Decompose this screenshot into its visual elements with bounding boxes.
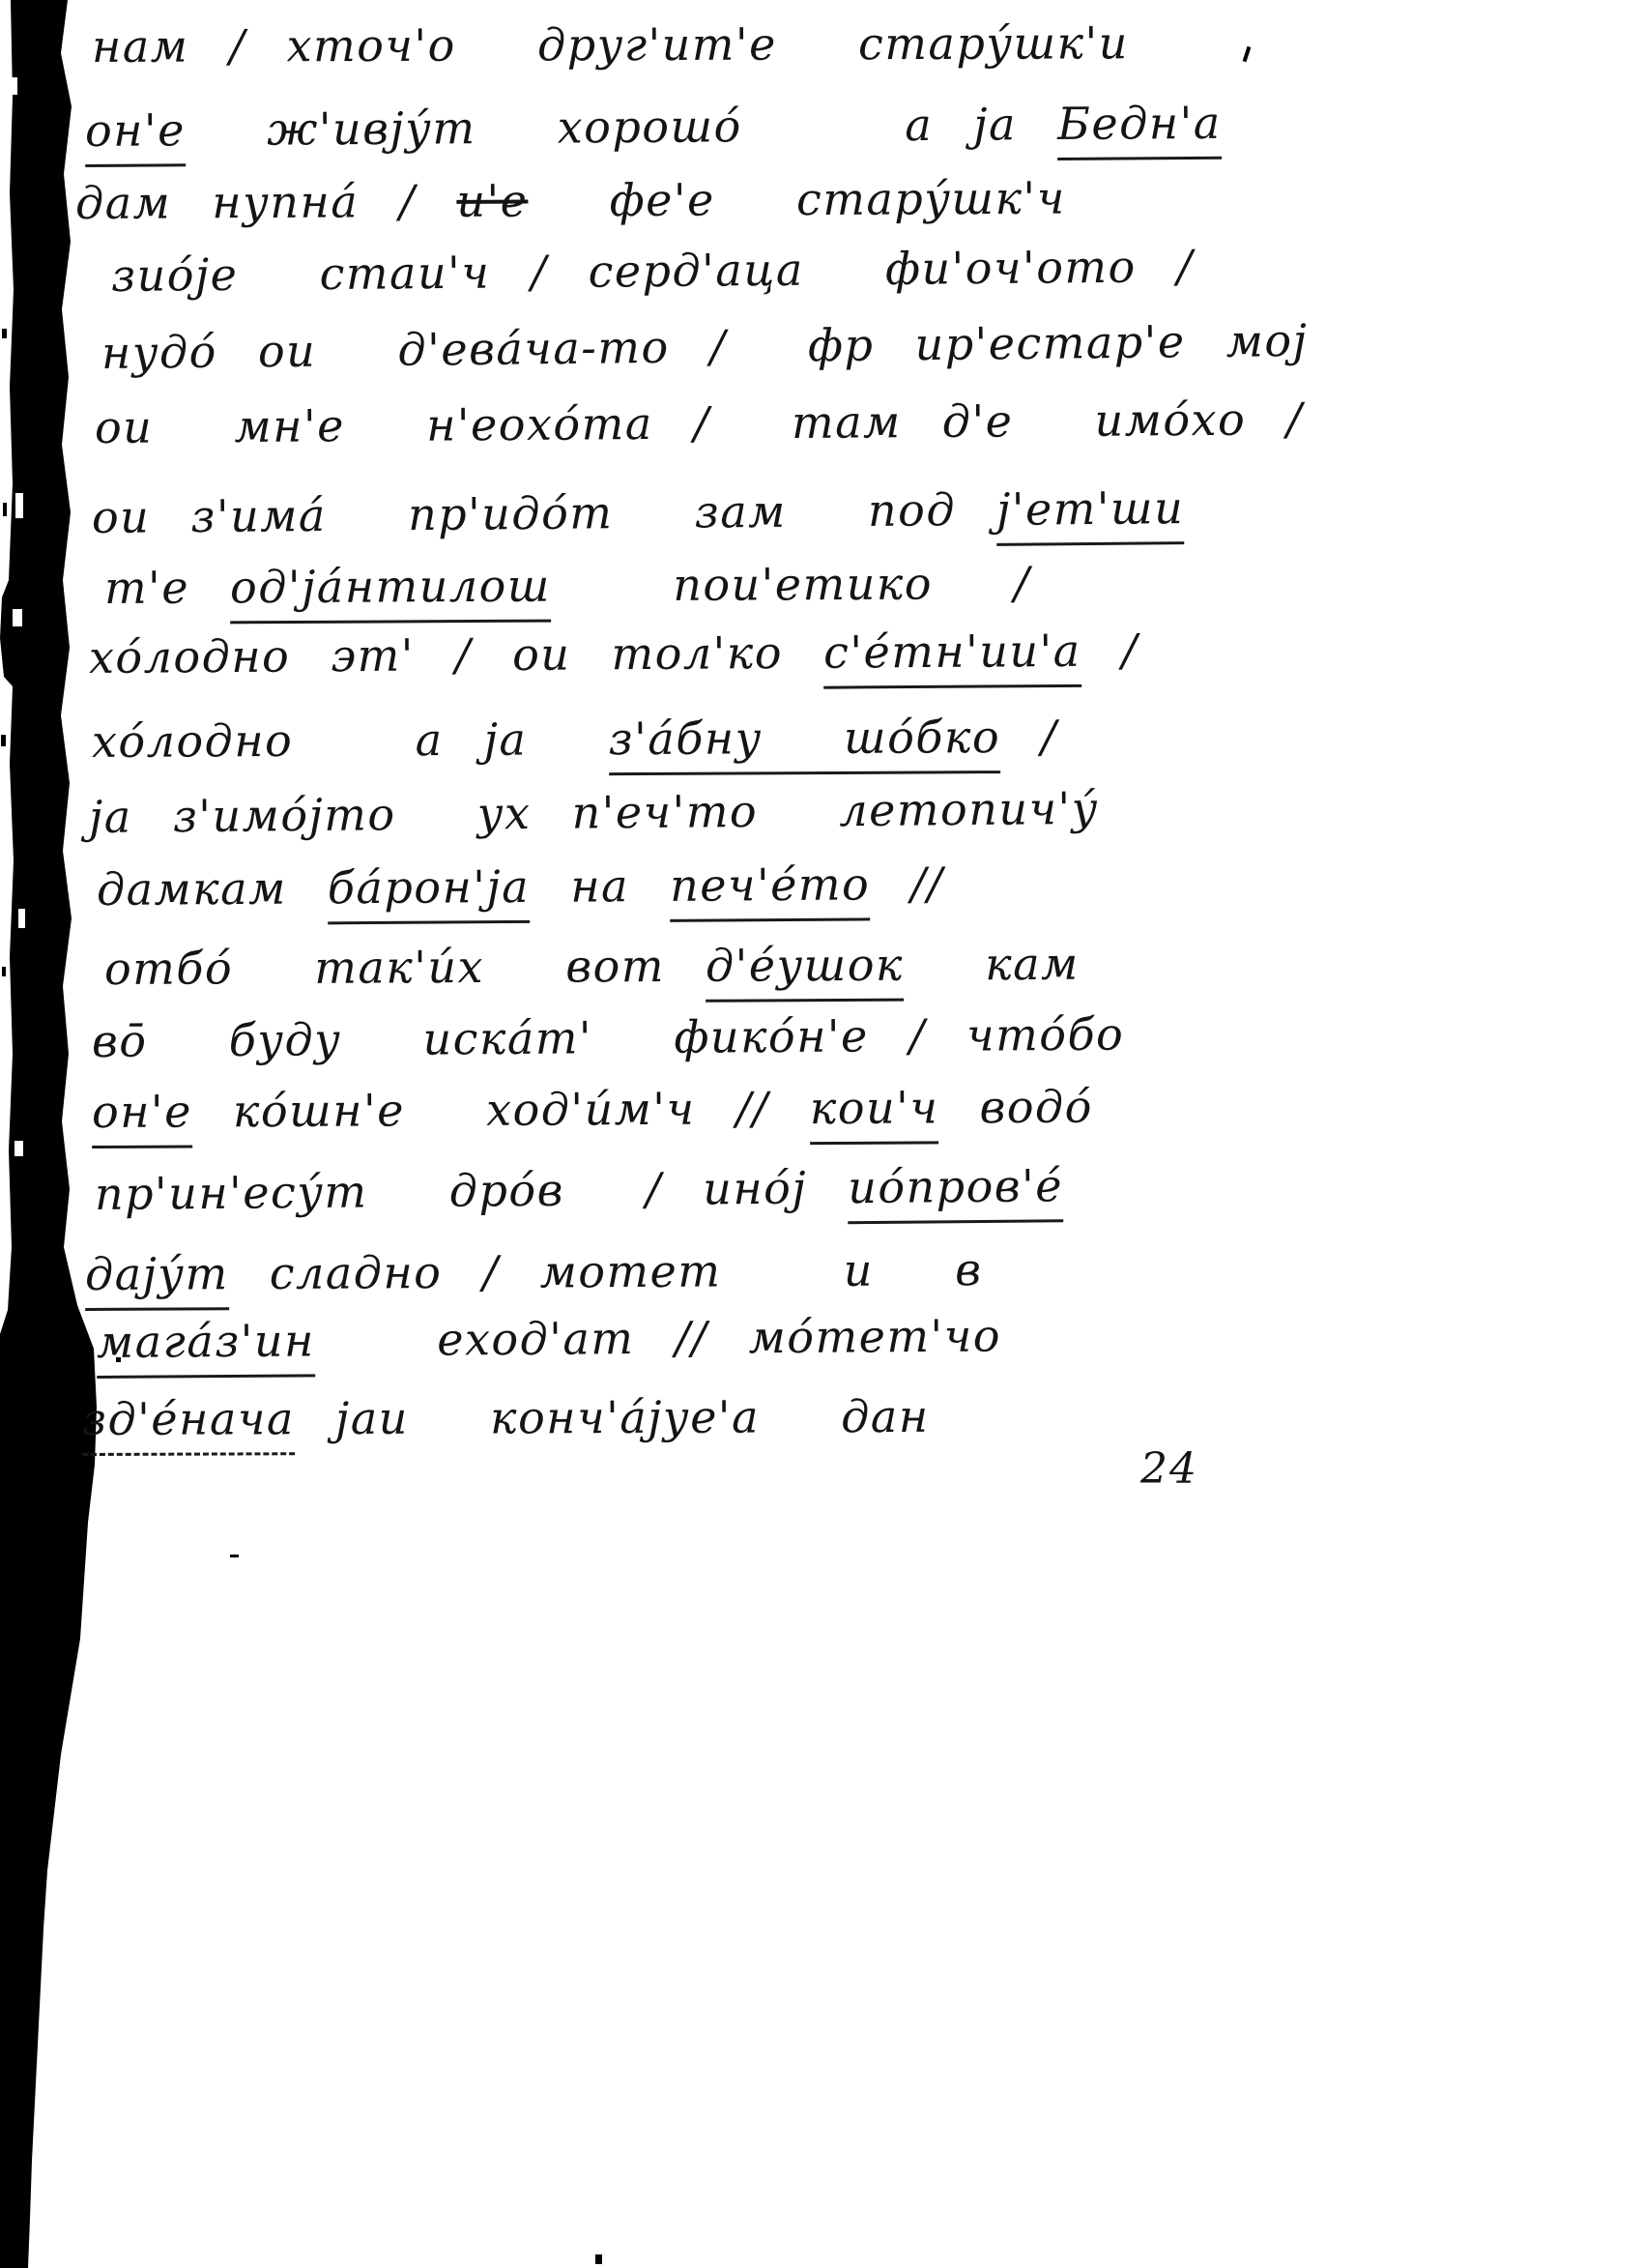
ink-speck bbox=[595, 2254, 602, 2264]
handwritten-text: ко́шн'е ход'и́м'ч // bbox=[192, 1079, 810, 1140]
page-number: 24 bbox=[1140, 1444, 1198, 1494]
handwritten-text: печ'е́то bbox=[670, 855, 871, 921]
handwritten-line: т'е од'ја́нтилош пои'етико / bbox=[104, 554, 1031, 625]
handwritten-text: ја з'имо́јто ух п'еч'то летопич'у́ bbox=[89, 779, 1099, 846]
handwritten-text: и'е bbox=[456, 172, 528, 230]
handwritten-text: во̄ буду иска́т' фико́н'е / что́бо bbox=[92, 1005, 1125, 1070]
handwritten-text: кои'ч bbox=[810, 1078, 939, 1145]
handwritten-text: кам bbox=[904, 935, 1080, 994]
handwritten-text: ј'ет'ши bbox=[996, 479, 1185, 546]
handwritten-line: ои з'има́ пр'идо́т зам под ј'ет'ши bbox=[92, 479, 1185, 554]
handwritten-text: дамкам bbox=[97, 858, 328, 918]
handwritten-line: дају́т сладно / мотет и в bbox=[85, 1240, 983, 1311]
handwritten-line: дамкам ба́рон'ја на печ'е́то // bbox=[97, 855, 944, 926]
handwritten-text: водо́ bbox=[938, 1078, 1093, 1137]
handwritten-line: нам / хточ'о друг'ит'е стару́шк'и bbox=[92, 14, 1129, 75]
handwritten-text: зд'е́нача bbox=[82, 1389, 295, 1456]
ink-speck bbox=[116, 1357, 121, 1362]
handwritten-line: хо́лодно а ја з'а́бну шо́бко / bbox=[92, 708, 1058, 778]
handwritten-line: он'е ж'ивју́т хорошо́ а ја Бедн'а bbox=[85, 94, 1222, 167]
handwritten-text: д'е́ушок bbox=[706, 936, 904, 1003]
handwritten-text: хо́лодно эт' / ои тол'ко bbox=[89, 624, 824, 686]
handwritten-text: нам / хточ'о друг'ит'е стару́шк'и bbox=[92, 14, 1129, 75]
handwritten-text: пр'ин'есу́т дро́в / ино́ј bbox=[95, 1158, 849, 1223]
handwritten-text: ои з'има́ пр'идо́т зам под bbox=[92, 480, 997, 546]
handwritten-line: во̄ буду иска́т' фико́н'е / что́бо bbox=[92, 1005, 1125, 1070]
handwritten-text: пои'етико / bbox=[551, 554, 1031, 615]
handwritten-line: он'е ко́шн'е ход'и́м'ч // кои'ч водо́ bbox=[92, 1078, 1093, 1149]
handwritten-text: сладно / мотет и в bbox=[228, 1240, 982, 1302]
handwritten-text: мага́з'ин bbox=[97, 1311, 315, 1379]
handwritten-text: / bbox=[1081, 621, 1139, 679]
handwritten-text: еход'ат // мо́тет'чо bbox=[315, 1306, 1001, 1369]
handwritten-line: отбо́ так'и́х вот д'е́ушок кам bbox=[104, 935, 1080, 1005]
handwritten-text: / bbox=[1000, 708, 1057, 766]
handwritten-text: ио́пров'е́ bbox=[848, 1156, 1063, 1224]
handwritten-line: зд'е́нача јаи конч'а́јуе'а дан bbox=[82, 1387, 930, 1456]
handwritten-text: фе'е стару́шк'ч bbox=[528, 169, 1066, 230]
handwritten-text: отбо́ так'и́х вот bbox=[104, 937, 706, 998]
handwritten-text: // bbox=[870, 855, 944, 914]
handwritten-text: хо́лодно а ја bbox=[92, 710, 609, 771]
handwritten-text: дају́т bbox=[85, 1244, 229, 1311]
handwritten-text: он'е bbox=[92, 1082, 192, 1149]
handwritten-text: он'е bbox=[85, 101, 186, 167]
handwritten-line: мага́з'ин еход'ат // мо́тет'чо bbox=[97, 1306, 1001, 1379]
handwritten-line: хо́лодно эт' / ои тол'ко с'е́тн'ии'а / bbox=[89, 621, 1139, 694]
handwritten-line: дам нупна́ / и'е фе'е стару́шк'ч bbox=[75, 169, 1066, 232]
handwritten-text: дам нупна́ / bbox=[75, 172, 457, 232]
handwritten-text: на bbox=[530, 857, 670, 916]
handwritten-text: з'а́бну шо́бко bbox=[608, 708, 1000, 775]
handwritten-text: ж'ивју́т хорошо́ а ја bbox=[186, 95, 1058, 159]
handwritten-text: јаи конч'а́јуе'а дан bbox=[295, 1387, 930, 1447]
handwritten-text: зио́је стаи'ч / серд'аца фи'оч'ото / bbox=[111, 237, 1194, 305]
scanned-page: нам / хточ'о друг'ит'е стару́шк'ион'е ж'… bbox=[0, 0, 1643, 2268]
handwritten-text: Бедн'а bbox=[1057, 94, 1222, 160]
handwritten-text: ои мн'е н'еохо́та / там д'е имо́хо / bbox=[95, 390, 1304, 456]
handwritten-line: ои мн'е н'еохо́та / там д'е имо́хо / bbox=[95, 390, 1304, 456]
handwritten-line: зио́је стаи'ч / серд'аца фи'оч'ото / bbox=[111, 237, 1194, 305]
ink-speck bbox=[230, 1555, 239, 1557]
handwritten-text: с'е́тн'ии'а bbox=[823, 622, 1081, 689]
handwritten-text: од'ја́нтилош bbox=[230, 557, 551, 625]
handwritten-text: т'е bbox=[104, 558, 230, 617]
handwritten-line: ја з'имо́јто ух п'еч'то летопич'у́ bbox=[89, 779, 1099, 846]
handwritten-text: ба́рон'ја bbox=[328, 858, 531, 924]
handwritten-line: пр'ин'есу́т дро́в / ино́ј ио́пров'е́ bbox=[95, 1156, 1064, 1231]
